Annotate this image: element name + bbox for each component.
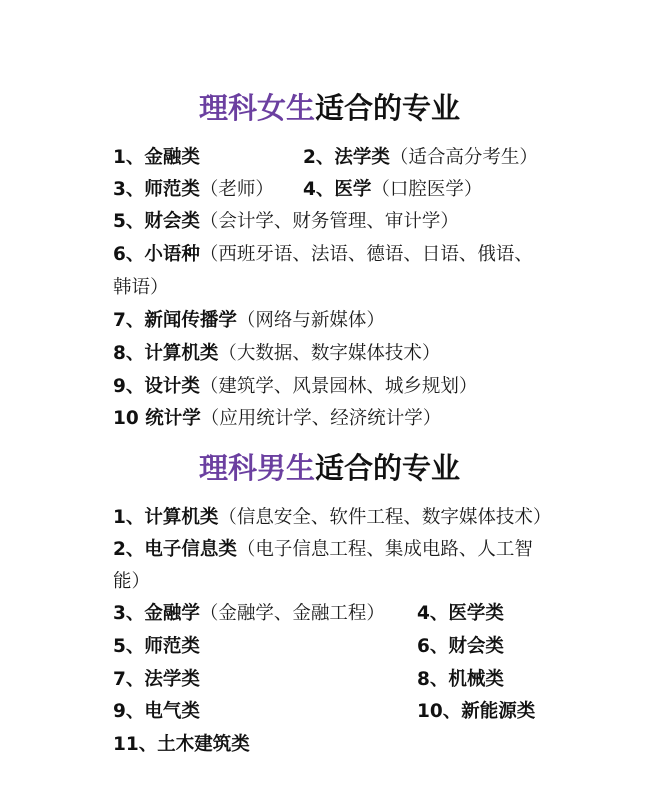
item-name: 小语种 — [144, 244, 200, 265]
item-detail: （大数据、数字媒体技术） — [218, 343, 440, 364]
item-name: 医学 — [334, 179, 371, 200]
item-number: 5、 — [113, 636, 144, 657]
item-number: 7、 — [113, 310, 144, 331]
female-item-7: 7、新闻传播学（网络与新媒体） — [113, 308, 385, 334]
item-detail: （适合高分考生） — [390, 147, 538, 168]
item-detail: （电子信息工程、集成电路、人工智 — [237, 539, 533, 560]
item-detail: （老师） — [200, 179, 274, 200]
item-detail: （建筑学、风景园林、城乡规划） — [200, 376, 478, 397]
male-title-accent: 理科男生 — [199, 451, 315, 485]
item-name: 法学类 — [144, 669, 200, 690]
item-name: 新能源类 — [461, 701, 535, 722]
item-name: 金融学 — [144, 603, 200, 624]
item-number: 9、 — [113, 376, 144, 397]
item-name: 金融类 — [144, 147, 200, 168]
item-name: 电气类 — [144, 701, 200, 722]
item-detail: （信息安全、软件工程、数字媒体技术） — [218, 507, 551, 528]
female-title-rest: 适合的专业 — [315, 91, 460, 125]
item-detail: （应用统计学、经济统计学） — [201, 408, 442, 429]
male-item-2: 2、电子信息类（电子信息工程、集成电路、人工智 — [113, 537, 533, 563]
item-number: 3、 — [113, 603, 144, 624]
item-number: 2、 — [113, 539, 144, 560]
male-section-title: 理科男生适合的专业 — [0, 448, 659, 488]
item-number: 8、 — [113, 343, 144, 364]
male-item-3: 3、金融学（金融学、金融工程） — [113, 601, 385, 627]
item-name: 财会类 — [448, 636, 504, 657]
item-number: 4、 — [417, 603, 448, 624]
item-name: 计算机类 — [144, 507, 218, 528]
item-name: 师范类 — [144, 179, 200, 200]
item-name: 医学类 — [448, 603, 504, 624]
female-item-2: 2、法学类（适合高分考生） — [303, 145, 538, 171]
female-item-8: 8、计算机类（大数据、数字媒体技术） — [113, 341, 440, 367]
item-name: 机械类 — [448, 669, 504, 690]
male-item-1: 1、计算机类（信息安全、软件工程、数字媒体技术） — [113, 505, 551, 531]
item-number: 1、 — [113, 147, 144, 168]
item-detail: （会计学、财务管理、审计学） — [200, 211, 459, 232]
item-number: 6、 — [113, 244, 144, 265]
female-item-6: 6、小语种（西班牙语、法语、德语、日语、俄语、 — [113, 242, 533, 268]
item-number: 8、 — [417, 669, 448, 690]
male-item-4: 4、医学类 — [417, 601, 504, 627]
female-item-9: 9、设计类（建筑学、风景园林、城乡规划） — [113, 374, 477, 400]
male-item-5: 5、师范类 — [113, 634, 200, 660]
item-number: 10 — [113, 408, 145, 429]
male-item-10: 10、新能源类 — [417, 699, 535, 725]
item-number: 1、 — [113, 507, 144, 528]
item-number: 2、 — [303, 147, 334, 168]
item-number: 3、 — [113, 179, 144, 200]
item-number: 10、 — [417, 701, 461, 722]
item-name: 土木建筑类 — [157, 734, 250, 755]
female-item-6-wrap: 韩语） — [113, 275, 169, 301]
item-number: 11、 — [113, 734, 157, 755]
male-item-11: 11、土木建筑类 — [113, 732, 250, 758]
female-item-5: 5、财会类（会计学、财务管理、审计学） — [113, 209, 459, 235]
female-title-accent: 理科女生 — [199, 91, 315, 125]
item-detail: （金融学、金融工程） — [200, 603, 385, 624]
female-item-10: 10 统计学（应用统计学、经济统计学） — [113, 406, 441, 432]
male-item-7: 7、法学类 — [113, 667, 200, 693]
male-item-2-wrap: 能） — [113, 569, 150, 595]
female-item-4: 4、医学（口腔医学） — [303, 177, 482, 203]
female-section-title: 理科女生适合的专业 — [0, 88, 659, 128]
item-number: 7、 — [113, 669, 144, 690]
item-name: 电子信息类 — [144, 539, 237, 560]
male-item-9: 9、电气类 — [113, 699, 200, 725]
item-detail: （西班牙语、法语、德语、日语、俄语、 — [200, 244, 533, 265]
item-name: 计算机类 — [144, 343, 218, 364]
item-name: 法学类 — [334, 147, 390, 168]
item-number: 6、 — [417, 636, 448, 657]
item-detail-wrap: 能） — [113, 571, 150, 592]
male-item-8: 8、机械类 — [417, 667, 504, 693]
male-item-6: 6、财会类 — [417, 634, 504, 660]
item-name: 统计学 — [145, 408, 201, 429]
item-detail-wrap: 韩语） — [113, 277, 169, 298]
item-name: 财会类 — [144, 211, 200, 232]
female-item-1: 1、金融类 — [113, 145, 200, 171]
item-name: 新闻传播学 — [144, 310, 237, 331]
item-name: 师范类 — [144, 636, 200, 657]
item-number: 5、 — [113, 211, 144, 232]
female-item-3: 3、师范类（老师） — [113, 177, 274, 203]
item-number: 4、 — [303, 179, 334, 200]
male-title-rest: 适合的专业 — [315, 451, 460, 485]
item-detail: （口腔医学） — [371, 179, 482, 200]
item-name: 设计类 — [144, 376, 200, 397]
item-number: 9、 — [113, 701, 144, 722]
item-detail: （网络与新媒体） — [237, 310, 385, 331]
